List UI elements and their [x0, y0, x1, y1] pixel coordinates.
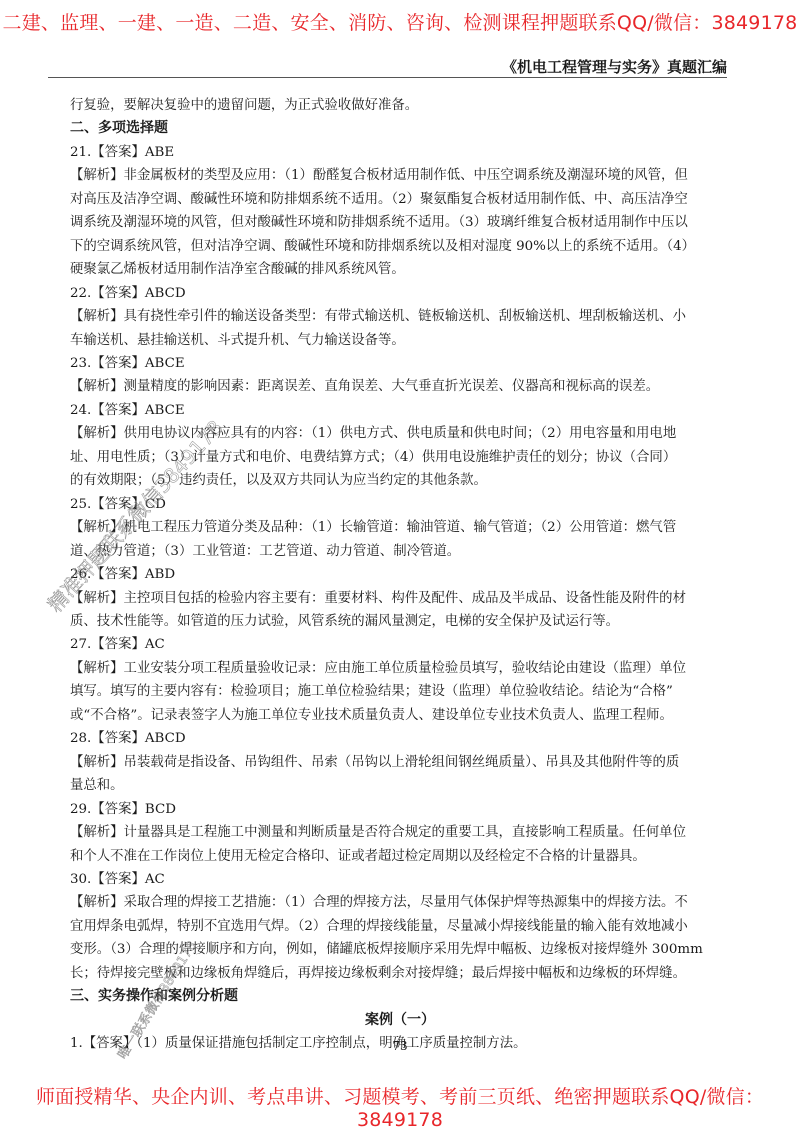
answer-line: 24.【答案】ABCE [70, 399, 730, 422]
text-line: 填写。填写的主要内容有：检验项目；施工单位检验结果；建设（监理）单位验收结论。结… [70, 680, 730, 703]
text-line: 车输送机、悬挂输送机、斗式提升机、气力输送设备等。 [70, 329, 730, 352]
text-line: 【解析】主控项目包括的检验内容主要有：重要材料、构件及配件、成品及半成品、设备性… [70, 587, 730, 610]
text-line: 【解析】工业安装分项工程质量验收记录：应由施工单位质量检验员填写，验收结论由建设… [70, 657, 730, 680]
case-title: 案例（一） [70, 1009, 730, 1032]
answer-line: 21.【答案】ABE [70, 141, 730, 164]
answer-line: 23.【答案】ABCE [70, 352, 730, 375]
section-heading: 二、多项选择题 [70, 117, 730, 140]
running-header-title: 《机电工程管理与实务》真题汇编 [502, 56, 727, 77]
answer-line: 29.【答案】BCD [70, 798, 730, 821]
text-line: 和个人不准在工作岗位上使用无检定合格印、证或者超过检定周期以及经检定不合格的计量… [70, 845, 730, 868]
text-line: 【解析】采取合理的焊接工艺措施：（1）合理的焊接方法，尽量用气体保护焊等热源集中… [70, 891, 730, 914]
text-line: 【解析】计量器具是工程施工中测量和判断质量是否符合规定的重要工具，直接影响工程质… [70, 821, 730, 844]
text-line: 【解析】具有挠性牵引件的输送设备类型：有带式输送机、链板输送机、刮板输送机、埋刮… [70, 305, 730, 328]
text-line: 道、热力管道；（3）工业管道：工艺管道、动力管道、制冷管道。 [70, 540, 730, 563]
answer-line: 27.【答案】AC [70, 633, 730, 656]
text-line: 宜用焊条电弧焊，特别不宜选用气焊。（2）合理的焊接线能量，尽量减小焊接线能量的输… [70, 915, 730, 938]
answer-line: 22.【答案】ABCD [70, 282, 730, 305]
text-line: 质、技术性能等。如管道的压力试验，风管系统的漏风量测定，电梯的安全保护及试运行等… [70, 610, 730, 633]
text-line: 量总和。 [70, 774, 730, 797]
text-line: 【解析】供用电协议内容应具有的内容：（1）供电方式、供电质量和供电时间；（2）用… [70, 422, 730, 445]
text-line: 【解析】机电工程压力管道分类及品种：（1）长输管道：输油管道、输气管道；（2）公… [70, 516, 730, 539]
promo-banner-bottom: 师面授精华、央企内训、考点串讲、习题模考、考前三页纸、绝密押题联系QQ/微信：3… [0, 1082, 800, 1131]
answer-line: 26.【答案】ABD [70, 563, 730, 586]
page-body: 行复验，要解决复验中的遗留问题，为正式验收做好准备。 二、多项选择题 21.【答… [70, 94, 730, 1056]
answer-line: 28.【答案】ABCD [70, 727, 730, 750]
text-line: 对高压及洁净空调、酸碱性环境和防排烟系统不适用。（2）聚氨酯复合板材适用制作低、… [70, 188, 730, 211]
promo-banner-top: 二建、监理、一建、一造、二造、安全、消防、咨询、检测课程押题联系QQ/微信：38… [0, 8, 800, 35]
text-line: 下的空调系统风管，但对洁净空调、酸碱性环境和防排烟系统以及相对湿度 90%以上的… [70, 235, 730, 258]
text-line: 或“不合格”。记录表签字人为施工单位专业技术质量负责人、建设单位专业技术负责人、… [70, 704, 730, 727]
text-line: 【解析】非金属板材的类型及应用：（1）酚醛复合板材适用制作低、中压空调系统及潮湿… [70, 164, 730, 187]
header-rule [48, 77, 727, 78]
text-line: 【解析】测量精度的影响因素：距离误差、直角误差、大气垂直折光误差、仪器高和视标高… [70, 375, 730, 398]
text-line: 硬聚氯乙烯板材适用制作洁净室含酸碱的排风系统风管。 [70, 258, 730, 281]
text-line: 【解析】吊装载荷是指设备、吊钩组件、吊索（吊钩以上滑轮组间钢丝绳质量）、吊具及其… [70, 751, 730, 774]
answer-line: 30.【答案】AC [70, 868, 730, 891]
text-line: 调系统及潮湿环境的风管，但对酸碱性环境和防排烟系统不适用。（3）玻璃纤维复合板材… [70, 211, 730, 234]
text-line: 行复验，要解决复验中的遗留问题，为正式验收做好准备。 [70, 94, 730, 117]
